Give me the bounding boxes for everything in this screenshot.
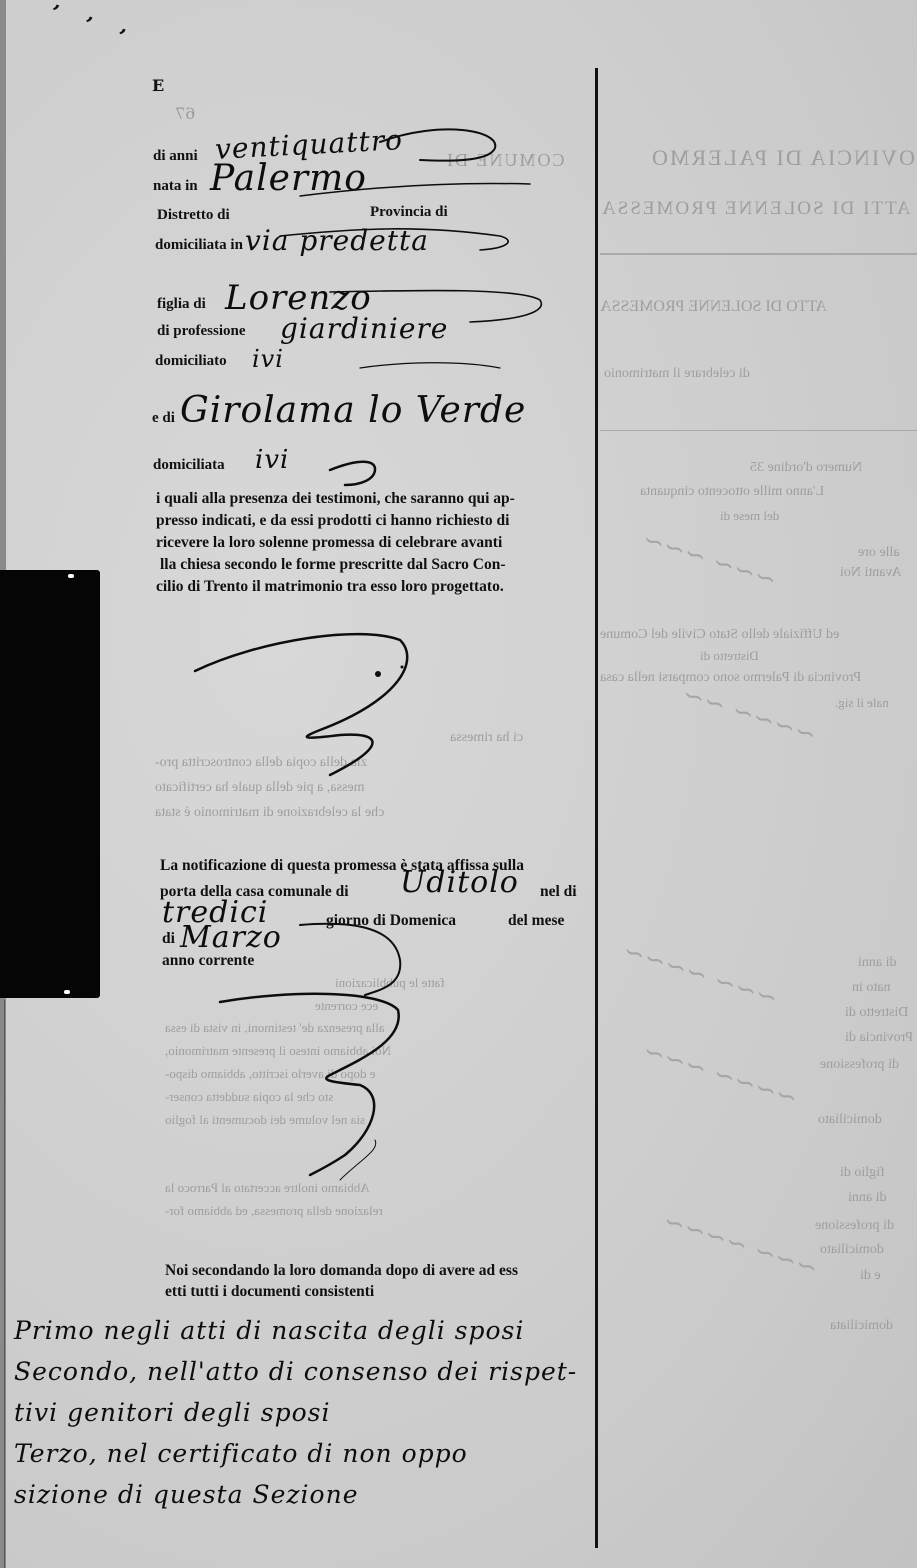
ink-flourishes xyxy=(0,0,917,1568)
